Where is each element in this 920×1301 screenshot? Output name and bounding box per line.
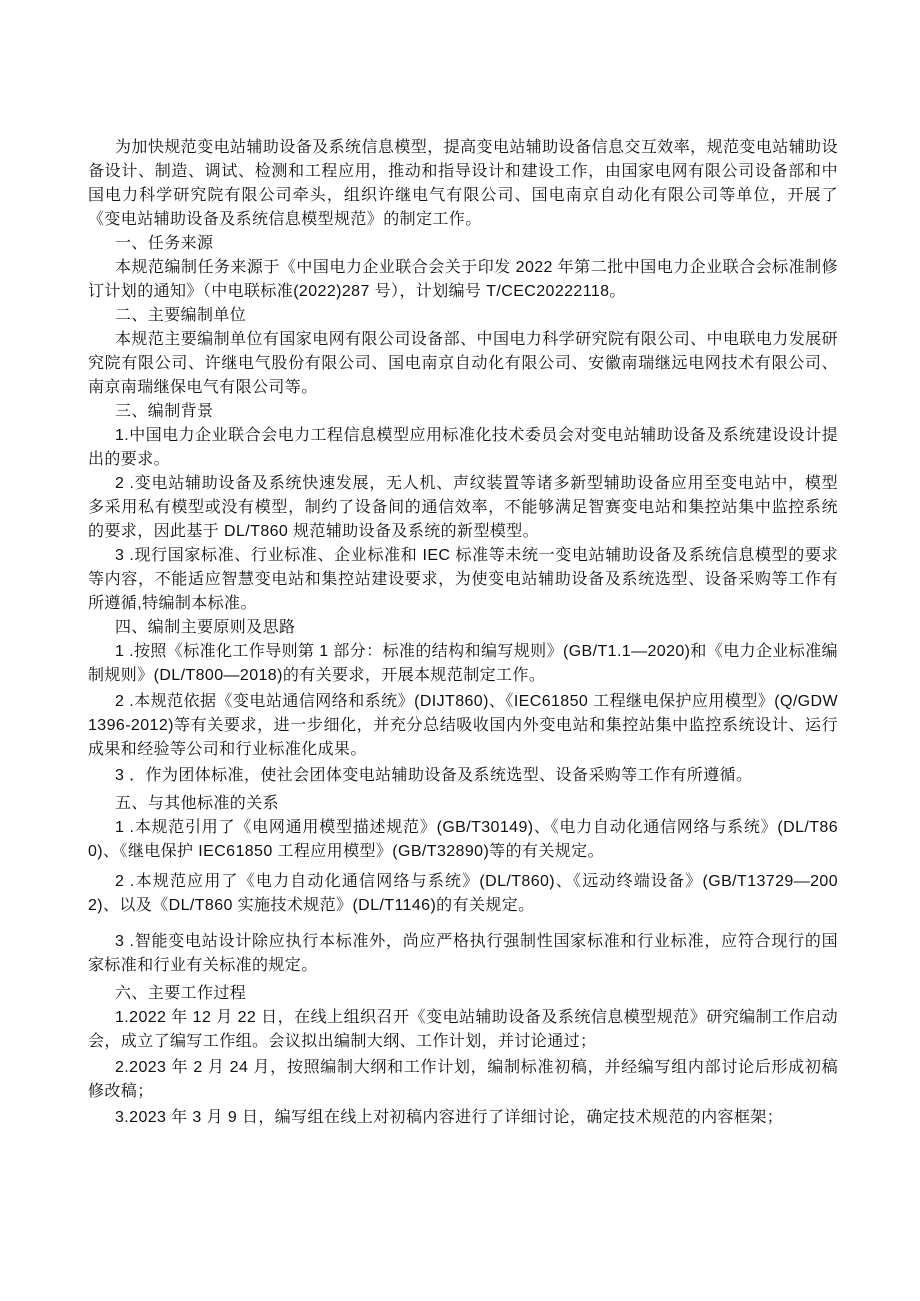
paragraph-work-process-3: 3.2023 年 3 月 9 日，编写组在线上对初稿内容进行了详细讨论，确定技术… [88, 1106, 838, 1130]
document-page: 为加快规范变电站辅助设备及系统信息模型，提高变电站辅助设备信息交互效率，规范变电… [0, 0, 920, 1301]
paragraph-background-2: 2 .变电站辅助设备及系统快速发展，无人机、声纹装置等诸多新型辅助设备应用至变电… [88, 472, 838, 544]
paragraph-related-standards-3: 3 .智能变电站设计除应执行本标准外，尚应严格执行强制性国家标准和行业标准，应符… [88, 930, 838, 978]
paragraph-drafting-units: 本规范主要编制单位有国家电网有限公司设备部、中国电力科学研究院有限公司、中电联电… [88, 328, 838, 400]
paragraph-principles-2: 2 .本规范依据《变电站通信网络和系统》(DIJT860)、《IEC61850 … [88, 690, 838, 762]
paragraph-related-standards-2: 2 .本规范应用了《电力自动化通信网络与系统》(DL/T860)、《远动终端设备… [88, 870, 838, 918]
paragraph-principles-1: 1 .按照《标准化工作导则第 1 部分：标准的结构和编写规则》(GB/T1.1—… [88, 640, 838, 688]
section-heading-task-source: 一、任务来源 [88, 232, 838, 256]
paragraph-related-standards-1: 1 .本规范引用了《电网通用模型描述规范》(GB/T30149)、《电力自动化通… [88, 816, 838, 864]
paragraph-work-process-2: 2.2023 年 2 月 24 月，按照编制大纲和工作计划，编制标准初稿，并经编… [88, 1056, 838, 1104]
paragraph-background-3: 3 .现行国家标准、行业标准、企业标准和 IEC 标准等未统一变电站辅助设备及系… [88, 544, 838, 616]
intro-paragraph: 为加快规范变电站辅助设备及系统信息模型，提高变电站辅助设备信息交互效率，规范变电… [88, 136, 838, 232]
paragraph-background-1: 1.中国电力企业联合会电力工程信息模型应用标准化技术委员会对变电站辅助设备及系统… [88, 424, 838, 472]
paragraph-work-process-1: 1.2022 年 12 月 22 日，在线上组织召开《变电站辅助设备及系统信息模… [88, 1006, 838, 1054]
section-heading-principles: 四、编制主要原则及思路 [88, 616, 838, 640]
section-heading-drafting-units: 二、主要编制单位 [88, 304, 838, 328]
section-heading-work-process: 六、主要工作过程 [88, 982, 838, 1006]
section-heading-related-standards: 五、与其他标准的关系 [88, 792, 838, 816]
paragraph-principles-3: 3 ．作为团体标准，使社会团体变电站辅助设备及系统选型、设备采购等工作有所遵循。 [88, 764, 838, 788]
paragraph-task-source: 本规范编制任务来源于《中国电力企业联合会关于印发 2022 年第二批中国电力企业… [88, 256, 838, 304]
section-heading-background: 三、编制背景 [88, 400, 838, 424]
